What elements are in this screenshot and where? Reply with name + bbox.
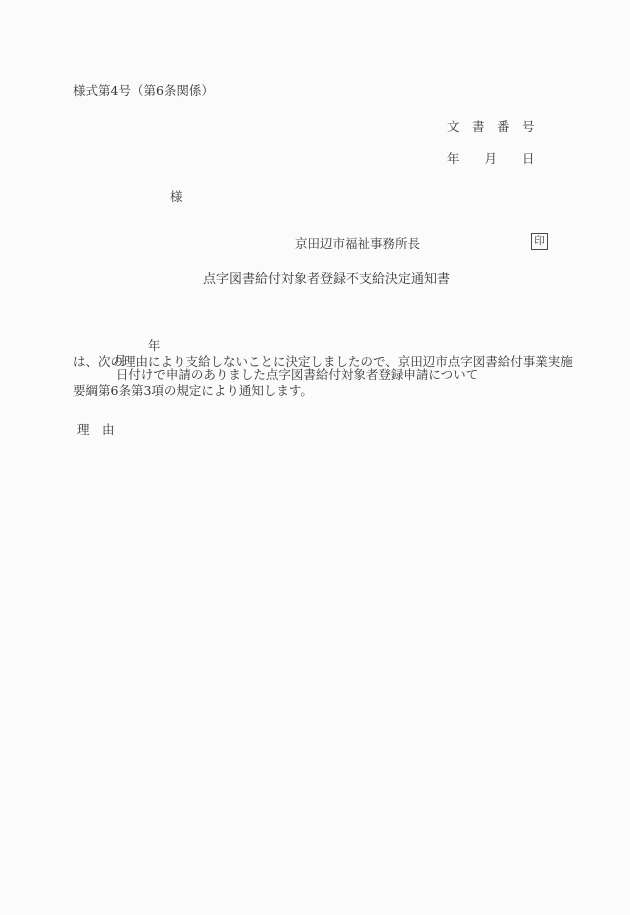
date-blank-line: 年 月 日 [447,152,535,166]
body-line1-text: 日付けで申請のありました点字図書給付対象者登録申請について [116,367,478,382]
body-line-3: 要綱第6条第3項の規定により通知します。 [73,384,313,398]
seal-box: 印 [531,233,548,250]
reason-label: 理 由 [77,423,115,437]
document-page: 様式第4号（第6条関係） 文 書 番 号 年 月 日 様 京田辺市福祉事務所長 … [0,0,630,915]
body-line-2: は、次の理由により支給しないことに決定しましたので、京田辺市点字図書給付事業実施 [73,355,573,369]
document-title: 点字図書給付対象者登録不支給決定通知書 [203,273,450,288]
addressee-suffix: 様 [170,190,183,204]
body-year-blank: 年 [148,338,161,353]
form-number-label: 様式第4号（第6条関係） [73,84,214,98]
sender-title: 京田辺市福祉事務所長 [295,237,420,251]
seal-character: 印 [534,236,545,247]
document-number-label: 文 書 番 号 [447,120,535,134]
